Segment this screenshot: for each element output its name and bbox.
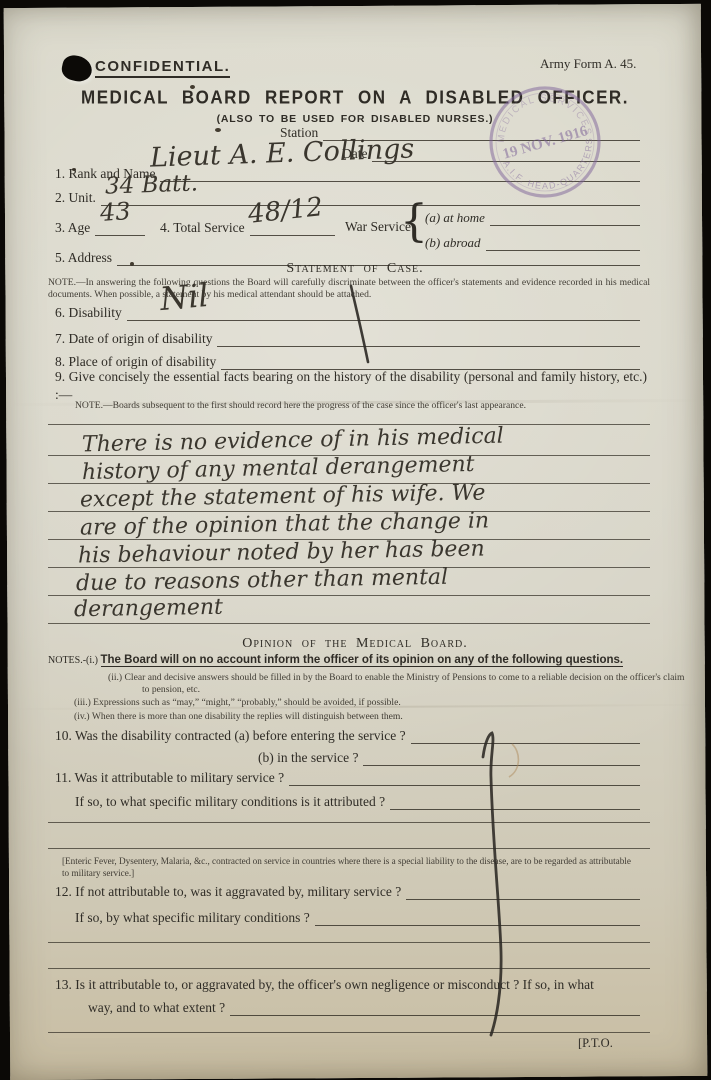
board-note-iii: (iii.) Expressions such as “may,” “might… (74, 697, 634, 709)
war-service-at-home-label: (a) at home (425, 210, 485, 226)
war-service-at-home-field: (a) at home (425, 210, 640, 226)
war-service-brace: { (400, 196, 428, 247)
q11b-field: If so, to what specific military conditi… (75, 794, 640, 810)
blank-answer-line (48, 968, 650, 969)
q13b-field: way, and to what extent ? (88, 1000, 640, 1016)
board-note-i: NOTES.-(i.) The Board will on no account… (48, 654, 650, 666)
disability-field: 6. Disability (55, 305, 640, 321)
q13b-label: way, and to what extent ? (88, 1000, 225, 1016)
blank-answer-line (48, 822, 650, 823)
statement-heading: Statement of Case. (60, 261, 650, 277)
q12b-field: If so, by what specific military conditi… (75, 910, 640, 926)
blank-answer-line (48, 848, 650, 849)
scanned-document: CONFIDENTIAL. Army Form A. 45. MEDICAL B… (0, 0, 711, 1080)
unit-handwriting: 34 Batt. (105, 170, 199, 199)
q11-field: 11. Was it attributable to military serv… (55, 770, 640, 786)
enteric-note: [Enteric Fever, Dysentery, Malaria, &c.,… (62, 856, 640, 879)
total-service-label: 4. Total Service (160, 220, 245, 236)
age-handwriting: 43 (99, 197, 131, 227)
date-origin-field: 7. Date of origin of disability (55, 331, 640, 347)
confidential-label: CONFIDENTIAL. (95, 58, 230, 78)
q12b-label: If so, by what specific military conditi… (75, 910, 310, 926)
date-origin-label: 7. Date of origin of disability (55, 331, 212, 347)
age-label: 3. Age (55, 220, 90, 236)
war-service-abroad-label: (b) abroad (425, 235, 481, 251)
stamp-date-text: 19 NOV. 1916 (501, 123, 590, 163)
war-service-abroad-field: (b) abroad (425, 235, 640, 251)
q10-label: 10. Was the disability contracted (a) be… (55, 728, 406, 744)
handwriting-line: derangement (74, 595, 223, 623)
disability-label: 6. Disability (55, 305, 122, 321)
q12-field: 12. If not attributable to, was it aggra… (55, 884, 640, 900)
q11-label: 11. Was it attributable to military serv… (55, 770, 284, 786)
board-note-i-prefix: NOTES.-(i.) (48, 655, 98, 666)
q9-label: 9. Give concisely the essential facts be… (55, 368, 647, 404)
opinion-heading: Opinion of the Medical Board. (60, 636, 650, 652)
q11b-label: If so, to what specific military conditi… (75, 794, 385, 810)
board-note-iv: (iv.) When there is more than one disabi… (74, 711, 634, 723)
paper-speck (215, 128, 221, 132)
q13-label: 13. Is it attributable to, or aggravated… (55, 976, 647, 994)
q10b-label: (b) in the service ? (258, 750, 358, 766)
statement-note: NOTE.—In answering the following questio… (48, 277, 650, 301)
q10-field: 10. Was the disability contracted (a) be… (55, 728, 640, 744)
q9-note: NOTE.—Boards subsequent to the first sho… (75, 400, 635, 412)
pto-label: [P.T.O. (578, 1036, 613, 1051)
disability-handwriting: Nil (158, 276, 210, 318)
board-note-ii: (ii.) Clear and decisive answers should … (108, 672, 687, 696)
q10b-field: (b) in the service ? (258, 750, 640, 766)
board-note-i-text: The Board will on no account inform the … (101, 654, 624, 667)
date-stamp: MEDICAL SERVICES A.I.F. HEAD-QUARTERS 19… (467, 64, 624, 221)
unit-label: 2. Unit. (55, 190, 96, 206)
blank-answer-line (48, 942, 650, 943)
blank-answer-line (48, 1032, 650, 1033)
q12-label: 12. If not attributable to, was it aggra… (55, 884, 401, 900)
